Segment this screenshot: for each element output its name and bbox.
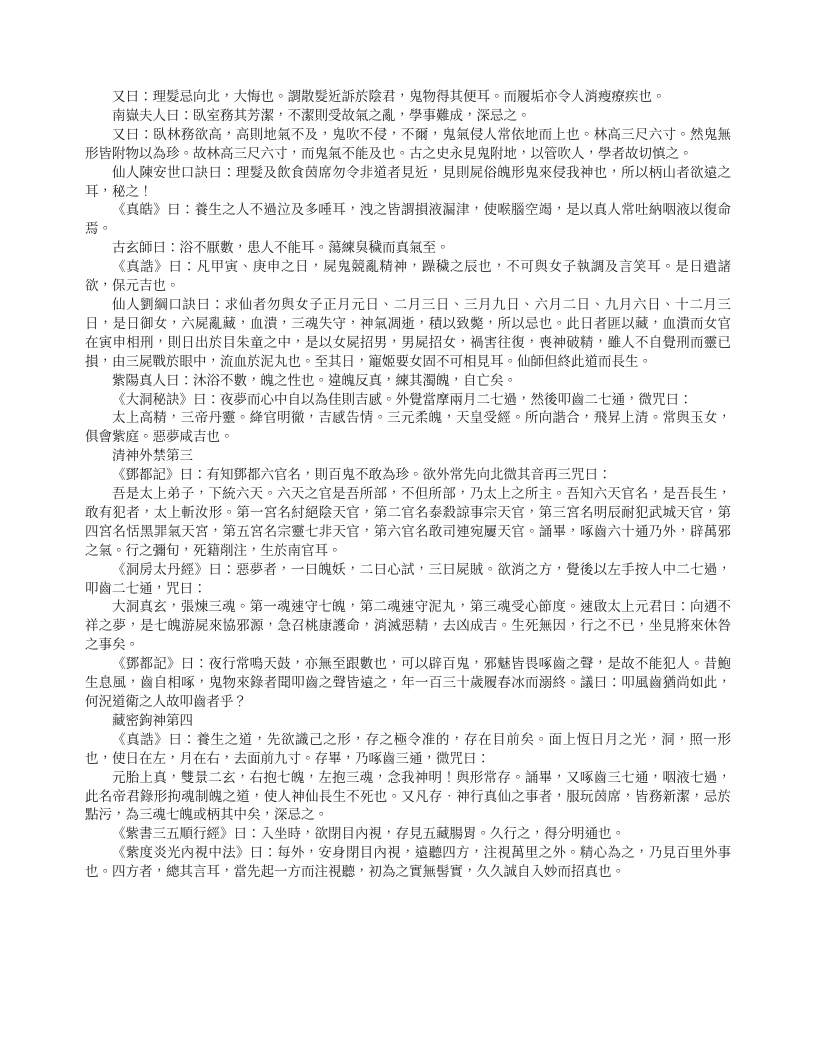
paragraph: 《鄧都記》曰：夜行常鳴天鼓，亦無至跟數也，可以辟百鬼，邪魅皆畏啄齒之聲，是故不能… <box>85 655 731 712</box>
paragraph: 《紫度炎光內視中法》曰：每外，安身閉目內視，遠聽四方，注視萬里之外。精心為之，乃… <box>85 844 731 882</box>
paragraph: 南嶽夫人曰：臥室務其芳潔，不潔則受故氣之亂，學事難成，深忌之。 <box>85 107 731 126</box>
paragraph: 《紫書三五順行經》曰：入坐時，欲閉目內視，存見五藏腸胃。久行之，得分明通也。 <box>85 825 731 844</box>
paragraph: 《鄧都記》曰：有知鄧都六官名，則百鬼不敢為珍。欲外常先向北微其音再三咒曰： <box>85 466 731 485</box>
document-page: 又曰：理髮忌向北，大悔也。謂散髮近訴於陰君，鬼物得其便耳。而履垢亦令人消瘦療疾也… <box>85 88 731 882</box>
paragraph: 又曰：臥林務欲高，高則地氣不及，鬼吹不侵，不爾，鬼氣侵人常依地而上也。林高三尺六… <box>85 126 731 164</box>
incantation-paragraph: 吾是太上弟子，下統六天。六天之官是吾所部，不但所部，乃太上之所主。吾知六天官名，… <box>85 485 731 561</box>
paragraph: 《真皓》曰：養生之人不過泣及多唾耳，洩之皆謂損液漏津，使喉腦空竭，是以真人常吐納… <box>85 201 731 239</box>
paragraph: 《真誥》曰：凡甲寅、庚申之日，屍鬼競亂精神，躁穢之辰也，不可與女子執調及言笑耳。… <box>85 258 731 296</box>
paragraph: 《大洞秘訣》曰：夜夢而心中自以為佳則吉感。外覺當摩兩月二七過，然後叩齒二七通，微… <box>85 391 731 410</box>
incantation-paragraph: 太上高精，三帝丹靈。絳官明徹，吉感告情。三元柔魄，天皇受經。所向諧合，飛昇上清。… <box>85 409 731 447</box>
paragraph: 《洞房太丹經》曰：惡夢者，一曰魄妖，二曰心試，三曰屍賊。欲消之方，覺後以左手按人… <box>85 561 731 599</box>
paragraph: 《真誥》曰：養生之道，先欲識己之形，存之極令准的，存在目前矣。面上恆日月之光，洞… <box>85 731 731 769</box>
paragraph: 仙人劉綱口訣曰：求仙者勿與女子正月元日、二月三日、三月九日、六月二日、九月六日、… <box>85 296 731 372</box>
section-heading: 清神外禁第三 <box>85 447 731 466</box>
paragraph: 古玄師曰：浴不厭數，患人不能耳。蕩練臭穢而真氣至。 <box>85 239 731 258</box>
incantation-paragraph: 大洞真玄，張煉三魂。第一魂速守七魄，第二魂速守泥丸，第三魂受心節度。速啟太上元君… <box>85 598 731 655</box>
paragraph: 紫陽真人曰：沐浴不數，魄之性也。違魄反真，練其濁魄，自亡矣。 <box>85 372 731 391</box>
incantation-paragraph: 元胎上真，雙景二玄，右抱七魄，左抱三魂，念我神明！與形常存。誦畢，又啄齒三七通，… <box>85 769 731 826</box>
paragraph: 仙人陳安世口訣曰：理髮及飲食茵席勿令非道者見近，見則屍俗魄形鬼來侵我神也，所以柄… <box>85 164 731 202</box>
section-heading: 藏密鉤神第四 <box>85 712 731 731</box>
paragraph: 又曰：理髮忌向北，大悔也。謂散髮近訴於陰君，鬼物得其便耳。而履垢亦令人消瘦療疾也… <box>85 88 731 107</box>
